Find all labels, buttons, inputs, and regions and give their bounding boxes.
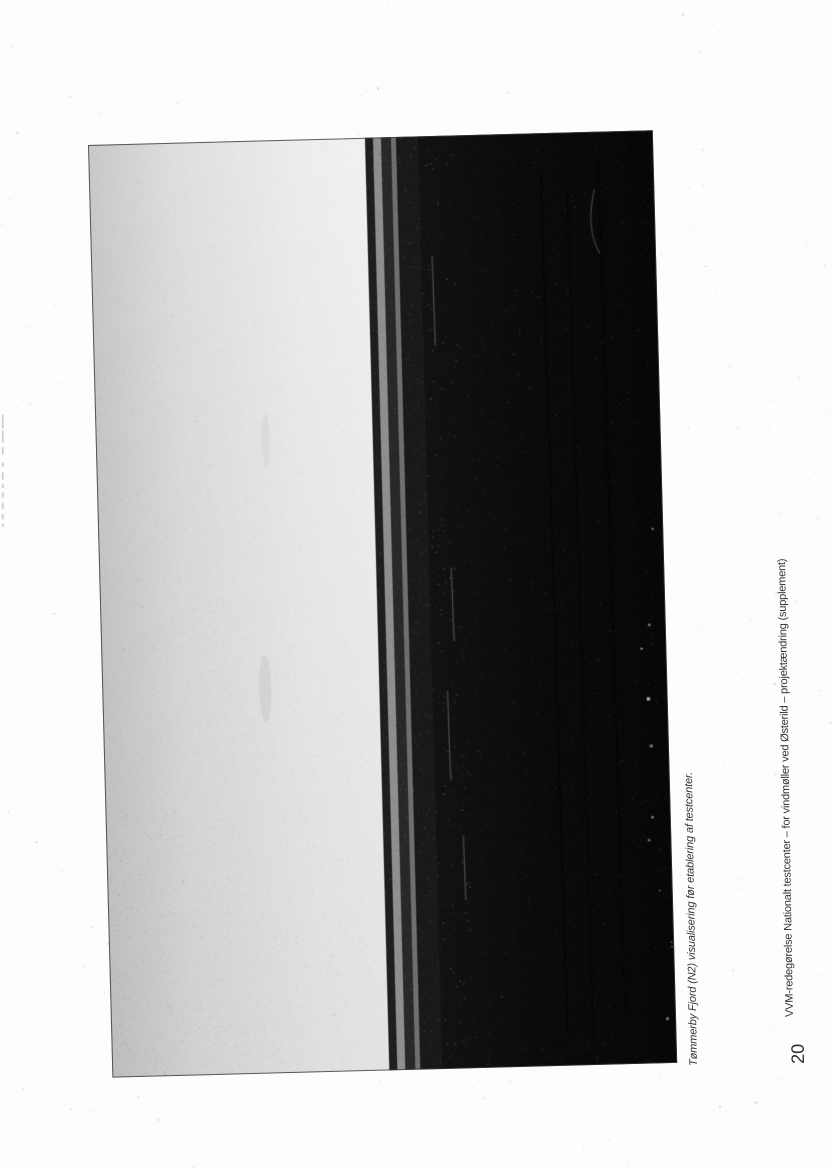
scanned-page: Tømmerby Fjord (N2) visualisering før et…: [0, 0, 832, 1169]
landscape-photo: [88, 130, 677, 1077]
photo-image: [88, 130, 677, 1077]
photo-caption: Tømmerby Fjord (N2) visualisering før et…: [683, 772, 700, 1066]
footer-text: VVM-redegørelse Nationalt testcenter – f…: [776, 559, 796, 1017]
page-number: 20: [788, 1044, 809, 1064]
